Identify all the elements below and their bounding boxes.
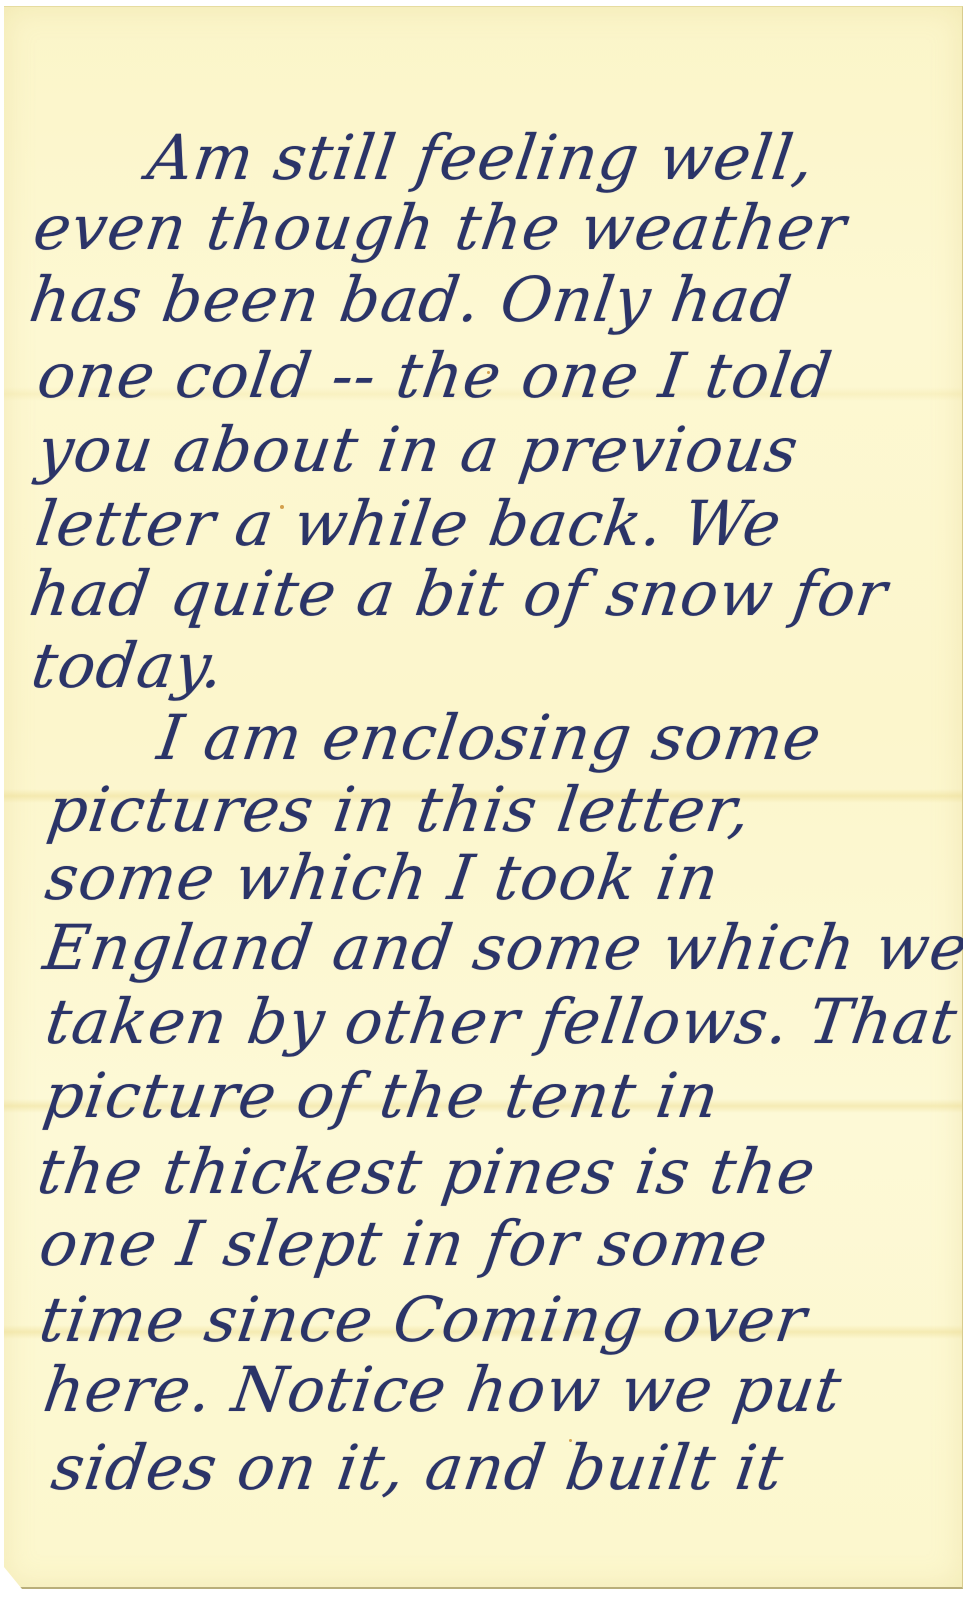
letter-line-12: England and some which were [40, 917, 970, 979]
letter-line-6: letter a while back. We [32, 493, 786, 555]
letter-line-18: here. Notice how we put [40, 1359, 846, 1421]
letter-line-13: taken by other fellows. That [42, 991, 961, 1053]
letter-line-16: one I slept in for some [36, 1213, 772, 1275]
letter-line-19: sides on it, and built it [48, 1437, 787, 1499]
letter-line-2: even though the weather [30, 197, 850, 259]
letter-line-14: picture of the tent in [40, 1065, 723, 1127]
letter-line-15: the thickest pines is the [34, 1141, 820, 1203]
letter-page: Am still feeling well, even though the w… [4, 6, 963, 1589]
letter-line-7: had quite a bit of snow for [26, 563, 891, 625]
letter-line-5: you about in a previous [34, 419, 802, 481]
letter-line-9: I am enclosing some [154, 707, 825, 769]
letter-line-1: Am still feeling well, [144, 127, 818, 189]
letter-line-4: one cold -- the one I told [34, 345, 836, 407]
letter-line-10: pictures in this letter, [44, 779, 755, 841]
letter-line-3: has been bad. Only had [26, 269, 796, 331]
letter-line-8: today. [28, 635, 228, 697]
letter-line-17: time since Coming over [36, 1289, 811, 1351]
letter-line-11: some which I took in [42, 847, 723, 909]
